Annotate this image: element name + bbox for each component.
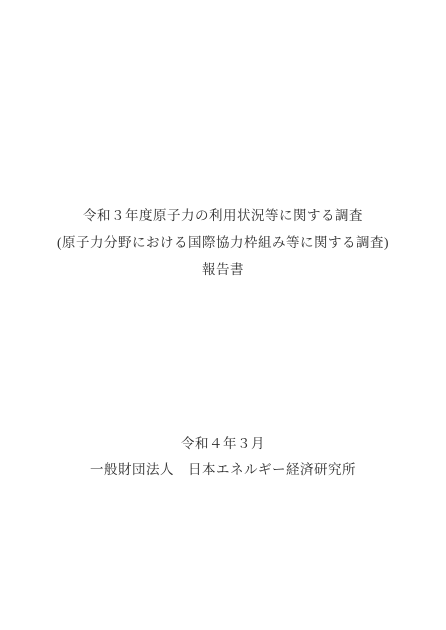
publisher-name: 一般財団法人 日本エネルギー経済研究所 (0, 457, 446, 483)
publication-block: 令和４年３月 一般財団法人 日本エネルギー経済研究所 (0, 431, 446, 483)
document-title-sub: (原子力分野における国際協力枠組み等に関する調査) (0, 229, 446, 256)
title-block: 令和３年度原子力の利用状況等に関する調査 (原子力分野における国際協力枠組み等に… (0, 202, 446, 283)
document-title-report-label: 報告書 (0, 256, 446, 283)
document-title-main: 令和３年度原子力の利用状況等に関する調査 (0, 202, 446, 229)
publication-date: 令和４年３月 (0, 431, 446, 457)
document-cover-page: 令和３年度原子力の利用状況等に関する調査 (原子力分野における国際協力枠組み等に… (0, 0, 446, 630)
